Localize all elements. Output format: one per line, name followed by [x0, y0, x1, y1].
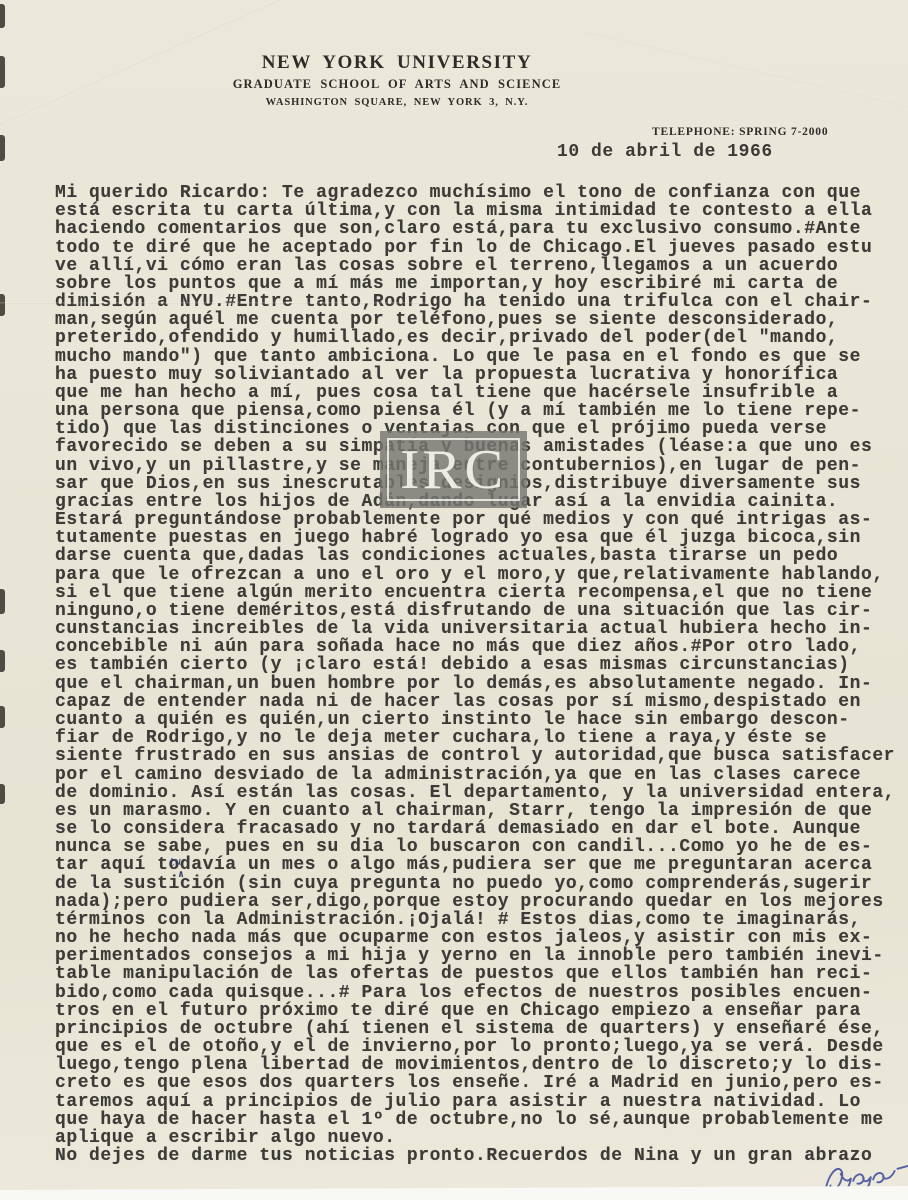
body-line: de dominio. Así están las cosas. El depa…: [55, 784, 908, 802]
body-line: concebible ni aún para soñada hace no má…: [55, 638, 908, 656]
body-line: que es el de otoño,y el de invierno,por …: [55, 1038, 908, 1056]
handwritten-insertion: tu: [169, 854, 182, 868]
body-line: ninguno,o tiene deméritos,está disfrutan…: [55, 602, 908, 620]
body-line: bido,como cada quisque...# Para los efec…: [55, 984, 908, 1002]
body-line: si el que tiene algún merito encuentra c…: [55, 584, 908, 602]
body-line: nunca se sabe, pues en su dia lo buscaro…: [55, 838, 908, 856]
body-line: cuanto a quién es quién,un cierto instin…: [55, 711, 908, 729]
scan-edge-mark: [0, 706, 5, 728]
body-line: dimisión a NYU.#Entre tanto,Rodrigo ha t…: [55, 293, 908, 311]
body-line: tutamente puestas en juego habré logrado…: [55, 529, 908, 547]
watermark-text: IRC: [400, 442, 506, 498]
body-line: una persona que piensa,como piensa él (y…: [55, 402, 908, 420]
body-line: perimentados consejos a mi hija y yerno …: [55, 947, 908, 965]
body-line: todo te diré que he aceptado por fin lo …: [55, 239, 908, 257]
body-line: man,según aquél me cuenta por teléfono,p…: [55, 311, 908, 329]
letterhead-address: WASHINGTON SQUARE, NEW YORK 3, N.Y.: [266, 97, 529, 108]
body-line: nada);pero pudiera ser,digo,porque estoy…: [55, 893, 908, 911]
body-line: ha puesto muy soliviantado al ver la pro…: [55, 366, 908, 384]
scan-edge-mark: [0, 4, 5, 28]
scan-edge-mark: [0, 650, 5, 672]
body-line: Mi querido Ricardo: Te agradezco muchísi…: [55, 184, 908, 202]
scan-edge-mark: [0, 589, 5, 614]
body-line: fiar de Rodrigo,y no le deja meter cucha…: [55, 729, 908, 747]
insertion-caret-mark: ∧: [178, 869, 184, 881]
scan-edge-mark: [0, 56, 5, 88]
body-line: se lo considera fracasado y no tardará d…: [55, 820, 908, 838]
body-line: mucho mando") que tanto ambiciona. Lo qu…: [55, 348, 908, 366]
body-line: aplique a escribir algo nuevo.: [55, 1129, 908, 1147]
body-line: para que le ofrezcan a uno el oro y el m…: [55, 566, 908, 584]
body-line: Estará preguntándose probablemente por q…: [55, 511, 908, 529]
letterhead-university: NEW YORK UNIVERSITY: [262, 52, 533, 74]
body-line: No dejes de darme tus noticias pronto.Re…: [55, 1147, 908, 1165]
body-line: que haya de hacer hasta el 1º de octubre…: [55, 1111, 908, 1129]
body-line: preterido,ofendido y humillado,es decir,…: [55, 329, 908, 347]
scan-bottom-strip: [0, 1186, 908, 1200]
body-line: que el chairman,un buen hombre por lo de…: [55, 675, 908, 693]
body-line: darse cuenta que,dadas las condiciones a…: [55, 547, 908, 565]
paper-crease: [0, 0, 290, 130]
body-line: que me han hecho a mí, pues cosa tal tie…: [55, 384, 908, 402]
letterhead-school: GRADUATE SCHOOL OF ARTS AND SCIENCE: [233, 77, 562, 92]
body-line: es también cierto (y ¡claro está! debido…: [55, 656, 908, 674]
body-line: principios de octubre (ahí tienen el sis…: [55, 1020, 908, 1038]
body-line: siente frustrado en sus ansias de contro…: [55, 747, 908, 765]
scan-edge-mark: [0, 135, 5, 161]
paper-crease: [585, 30, 908, 113]
scan-edge-mark: [0, 784, 5, 804]
body-line: términos con la Administración.¡Ojalá! #…: [55, 911, 908, 929]
body-line: luego,tengo plena libertad de movimiento…: [55, 1056, 908, 1074]
body-line: capaz de entender nada ni de hacer las c…: [55, 693, 908, 711]
body-line: sobre los puntos que a mí más me importa…: [55, 275, 908, 293]
body-line: ve allí,vi cómo eran las cosas sobre el …: [55, 257, 908, 275]
body-line: creto es que esos dos quarters los enseñ…: [55, 1074, 908, 1092]
body-line: está escrita tu carta última,y con la mi…: [55, 202, 908, 220]
body-line: tros en el futuro próximo te diré que en…: [55, 1002, 908, 1020]
letterhead-telephone: TELEPHONE: SPRING 7-2000: [652, 126, 828, 138]
letter-date: 10 de abril de 1966: [557, 142, 773, 162]
body-line: cunstancias increibles de la vida univer…: [55, 620, 908, 638]
archive-watermark: IRC: [380, 431, 527, 508]
body-line: table manipulación de las ofertas de pue…: [55, 965, 908, 983]
body-line: haciendo comentarios que son,claro está,…: [55, 220, 908, 238]
body-line: es un marasmo. Y en cuanto al chairman, …: [55, 802, 908, 820]
body-line: taremos aquí a principios de julio para …: [55, 1093, 908, 1111]
scanned-letter-page: NEW YORK UNIVERSITY GRADUATE SCHOOL OF A…: [0, 0, 908, 1200]
body-line: por el camino desviado de la administrac…: [55, 766, 908, 784]
scan-edge-mark: [0, 294, 5, 316]
body-line: no he hecho nada más que ocuparme con es…: [55, 929, 908, 947]
letter-body: Mi querido Ricardo: Te agradezco muchísi…: [55, 184, 908, 1165]
